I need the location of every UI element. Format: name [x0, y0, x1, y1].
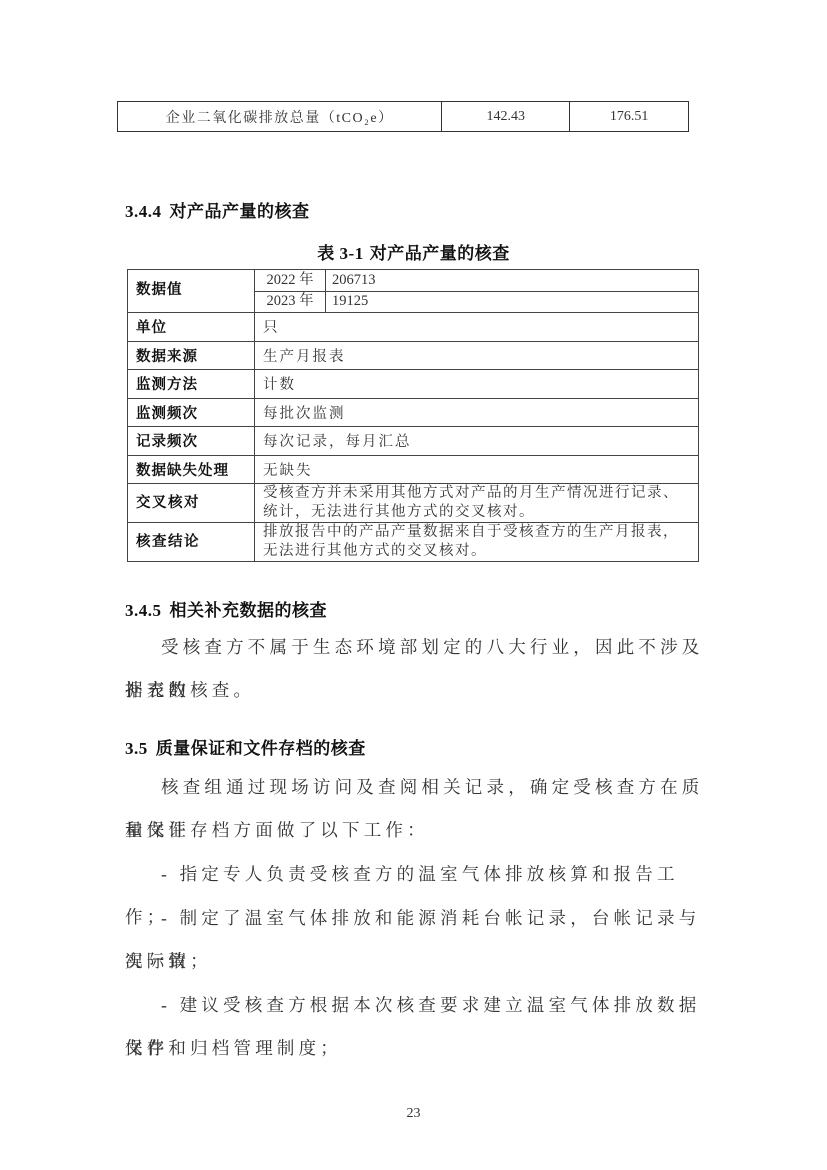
bullet-item-3-cont: 保存和归档管理制度； [125, 1027, 710, 1070]
row-value-monitoring-method: 计数 [255, 370, 699, 399]
row-value-data-source: 生产月报表 [255, 341, 699, 370]
row-label-conclusion: 核查结论 [128, 523, 255, 562]
row-value-conclusion: 排放报告中的产品产量数据来自于受核查方的生产月报表， 无法进行其他方式的交叉核对… [255, 523, 699, 562]
row-label-monitoring-method: 监测方法 [128, 370, 255, 399]
table-row: 记录频次 每次记录，每月汇总 [128, 427, 699, 456]
text-line: 无法进行其他方式的交叉核对。 [263, 542, 690, 561]
text-line: 排放报告中的产品产量数据来自于受核查方的生产月报表， [263, 523, 690, 542]
product-output-table: 数据值 2022 年 206713 2023 年 19125 单位 只 数据来源… [127, 269, 699, 562]
year-2023: 2023 年 [255, 291, 326, 313]
paragraph-supplementary-data-cont: 据表的核查。 [125, 669, 710, 712]
row-label-unit: 单位 [128, 313, 255, 342]
row-value-cross-check: 受核查方并未采用其他方式对产品的月生产情况进行记录、 统计，无法进行其他方式的交… [255, 484, 699, 523]
text-line: 据表的核查。 [125, 669, 710, 712]
section-heading-3-4-5: 3.4.5相关补充数据的核查 [125, 596, 327, 621]
table-row: 数据值 2022 年 206713 [128, 270, 699, 292]
total-co2-label: 企业二氧化碳排放总量（tCO₂e） [118, 102, 442, 132]
page-number: 23 [0, 1106, 827, 1122]
text-line: 况一致； [125, 940, 710, 983]
section-title: 对产品产量的核查 [170, 202, 310, 221]
table-row: 交叉核对 受核查方并未采用其他方式对产品的月生产情况进行记录、 统计，无法进行其… [128, 484, 699, 523]
table-row: 单位 只 [128, 313, 699, 342]
row-label-missing-data: 数据缺失处理 [128, 455, 255, 484]
table-row: 数据缺失处理 无缺失 [128, 455, 699, 484]
row-label-record-frequency: 记录频次 [128, 427, 255, 456]
table-row: 企业二氧化碳排放总量（tCO₂e） 142.43 176.51 [118, 102, 689, 132]
caption-title: 对产品产量的核查 [370, 244, 510, 263]
bullet-item-2-cont: 况一致； [125, 940, 710, 983]
section-number: 3.4.4 [125, 202, 162, 221]
row-value-missing-data: 无缺失 [255, 455, 699, 484]
section-title: 质量保证和文件存档的核查 [156, 739, 366, 758]
row-value-record-frequency: 每次记录，每月汇总 [255, 427, 699, 456]
row-label-cross-check: 交叉核对 [128, 484, 255, 523]
section-heading-3-4-4: 3.4.4对产品产量的核查 [125, 197, 310, 222]
caption-prefix: 表 [317, 244, 335, 263]
text-line: 保存和归档管理制度； [125, 1027, 710, 1070]
row-value-monitoring-frequency: 每批次监测 [255, 398, 699, 427]
table-row: 数据来源 生产月报表 [128, 341, 699, 370]
emissions-summary-table: 企业二氧化碳排放总量（tCO₂e） 142.43 176.51 [117, 101, 689, 132]
row-label-data-source: 数据来源 [128, 341, 255, 370]
table-row: 核查结论 排放报告中的产品产量数据来自于受核查方的生产月报表， 无法进行其他方式… [128, 523, 699, 562]
table-row: 监测方法 计数 [128, 370, 699, 399]
text-line: 统计，无法进行其他方式的交叉核对。 [263, 503, 690, 522]
row-label-monitoring-frequency: 监测频次 [128, 398, 255, 427]
year-2022: 2022 年 [255, 270, 326, 292]
text-line: 受核查方并未采用其他方式对产品的月生产情况进行记录、 [263, 484, 690, 503]
table-row: 监测频次 每批次监测 [128, 398, 699, 427]
value-2022: 206713 [326, 270, 699, 292]
total-co2-2023: 176.51 [570, 102, 689, 132]
total-co2-2022: 142.43 [442, 102, 570, 132]
value-2023: 19125 [326, 291, 699, 313]
section-heading-3-5: 3.5质量保证和文件存档的核查 [125, 734, 366, 759]
table-caption: 表 3-1对产品产量的核查 [0, 239, 827, 264]
data-value-label: 数据值 [128, 270, 255, 313]
paragraph-qa-intro-cont: 和文件存档方面做了以下工作： [125, 809, 710, 852]
section-number: 3.4.5 [125, 601, 162, 620]
section-number: 3.5 [125, 739, 148, 758]
text-line: 和文件存档方面做了以下工作： [125, 809, 710, 852]
caption-number: 3-1 [340, 244, 364, 263]
section-title: 相关补充数据的核查 [170, 601, 328, 620]
row-value-unit: 只 [255, 313, 699, 342]
